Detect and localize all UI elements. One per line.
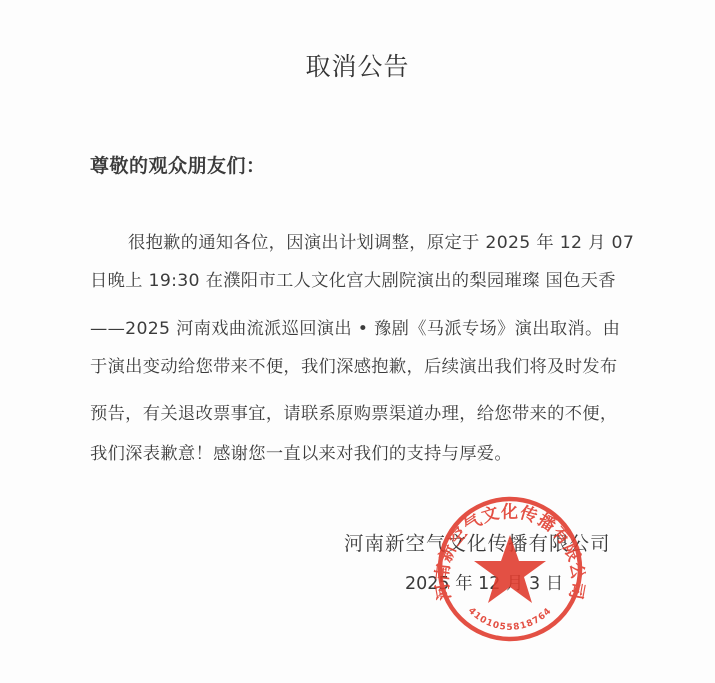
body-line: 预告，有关退改票事宜，请联系原购票渠道办理，给您带来的不便， [90, 399, 617, 424]
company-seal-stamp: 河南新空气文化传播有限公司 4101055818764 [420, 487, 600, 647]
page-title: 取消公告 [0, 47, 715, 83]
signature-date: 2025 年 12 月 3 日 [405, 570, 563, 595]
body-line: 于演出变动给您带来不便，我们深感抱歉，后续演出我们将及时发布 [90, 352, 617, 377]
body-line: 我们深表歉意！感谢您一直以来对我们的支持与厚爱。 [90, 439, 512, 464]
body-line: ——2025 河南戏曲流派巡回演出 • 豫剧《马派专场》演出取消。由 [90, 314, 620, 339]
svg-text:4101055818764: 4101055818764 [466, 606, 554, 633]
body-line: 日晚上 19:30 在濮阳市工人文化宫大剧院演出的梨园璀璨 国色天香 [90, 266, 616, 291]
signature-company: 河南新空气文化传播有限公司 [344, 528, 611, 556]
greeting: 尊敬的观众朋友们： [90, 151, 266, 178]
stamp-code: 4101055818764 [466, 606, 554, 633]
announcement-page: 取消公告 尊敬的观众朋友们： 很抱歉的通知各位，因演出计划调整，原定于 2025… [0, 0, 715, 683]
body-line: 很抱歉的通知各位，因演出计划调整，原定于 2025 年 12 月 07 [128, 228, 634, 253]
